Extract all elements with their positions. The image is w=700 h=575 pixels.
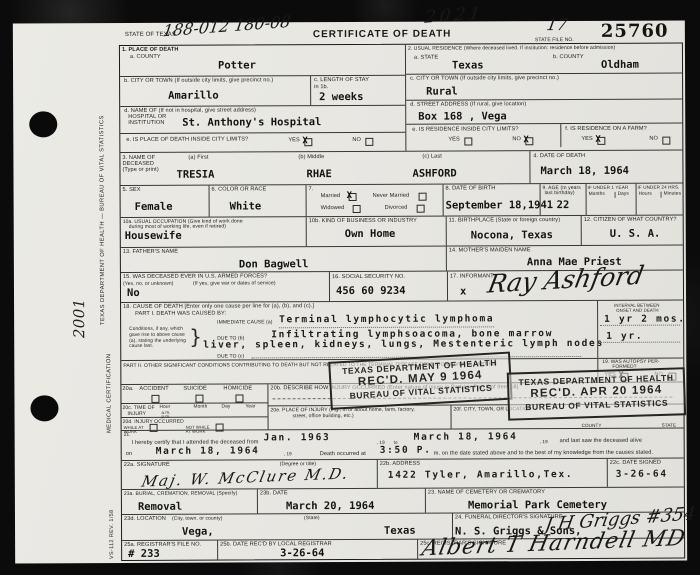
field-9-label2: last birthday) [545, 190, 575, 196]
punch-hole [29, 111, 57, 137]
field-22b-value: 1422 Tyler, Amarillo,Tex. [388, 470, 574, 480]
field-21-number: 21. [124, 432, 131, 438]
field-2d-value: Box 168 , Vega [418, 111, 507, 122]
field-12-value: U. S. A. [610, 229, 661, 240]
field-2c-label: c. CITY OR TOWN (If outside city limits,… [410, 75, 559, 82]
field-2a-label: a. STATE [414, 55, 438, 62]
certify-on-word: on [126, 451, 132, 458]
field-9-under-24-label: IF UNDER 24 HRS. [638, 185, 680, 191]
field-9-hours-label: Hours [639, 192, 652, 198]
field-3-label3: (Type or print) [122, 167, 158, 174]
field-22a-label: 22a. SIGNATURE [124, 462, 170, 469]
checkbox-suicide [195, 395, 203, 403]
handwritten-number: 17 [545, 15, 569, 34]
checkbox-widowed [353, 205, 361, 213]
field-2f-yes: YES [581, 136, 593, 143]
field-10a-value: Housewife [125, 231, 182, 242]
field-8-label: 8. DATE OF BIRTH [446, 185, 496, 192]
field-2e-label: e. IS RESIDENCE INSIDE CITY LIMITS? [412, 126, 518, 133]
field-20c-day: Day [221, 405, 230, 411]
field-7-label: 7. [309, 186, 314, 193]
interval-rule [600, 325, 680, 326]
field-23a-label: 23a. BURIAL, CREMATION, REMOVAL (Specify… [124, 490, 238, 496]
field-20a-homicide: HOMICIDE [223, 385, 252, 392]
field-18-immediate-label: IMMEDIATE CAUSE (a) [217, 319, 272, 325]
field-23d-sub1: (City, town, or county) [172, 516, 223, 522]
checkbox-homicide [235, 394, 243, 402]
field-1b-value: Amarillo [168, 91, 219, 102]
field-14-label: 14. MOTHER'S MAIDEN NAME [449, 247, 531, 254]
checkbox-residence-farm-no [662, 137, 670, 145]
field-15-value: No [127, 288, 140, 299]
field-23d-sub2: (State) [304, 515, 320, 521]
field-23c-label: 23. NAME OF CEMETERY OR CREMATORY [428, 489, 545, 496]
field-9-months-label: Months [589, 192, 605, 198]
field-2b-value: Oldham [601, 60, 639, 71]
field-23b-value: March 20, 1964 [286, 501, 375, 512]
field-22b-label: 22b. ADDRESS [380, 461, 420, 468]
field-8-value: September 18,1941 [446, 200, 554, 211]
field-3a-value: TRESIA [176, 170, 214, 181]
field-2a-value: Texas [452, 60, 484, 71]
field-3b-label: (b) Middle [298, 154, 324, 161]
field-2c-value: Rural [426, 87, 458, 98]
certify-death-at: Death occurred at [320, 451, 366, 458]
certificate-paper: TEXAS DEPARTMENT OF HEALTH — BUREAU OF V… [13, 21, 687, 564]
certificate-title: CERTIFICATE OF DEATH [313, 29, 452, 42]
field-20c-month: Month [193, 405, 207, 411]
margin-handwritten-code: 2001 [70, 266, 88, 338]
field-7-never-married: Never Married [373, 193, 410, 200]
field-2f-label: f. IS RESIDENCE ON A FARM? [565, 126, 647, 133]
margin-form-code: VS-112 REV. 1/58 [109, 479, 115, 559]
interval-label2: ONSET AND DEATH [616, 308, 659, 313]
certificate-number: 25760 [601, 21, 669, 42]
field-2e-no: NO [512, 136, 521, 143]
field-2e-yes: YES [448, 137, 460, 144]
field-23d-city: Vega, [182, 527, 214, 538]
checkbox-never-married [419, 193, 427, 201]
checkbox-accident [151, 395, 159, 403]
conditions-brace: } [189, 325, 202, 349]
field-11-value: Nocona, Texas [471, 230, 553, 241]
field-1a-label: a. COUNTY [130, 54, 161, 61]
field-23a-value: Removal [138, 502, 182, 513]
field-18-label: 18. CAUSE OF DEATH [Enter only one cause… [123, 303, 314, 311]
certify-tail1: and last saw the deceased alive [560, 438, 642, 445]
field-22c-label: 22c. DATE SIGNED [610, 460, 661, 467]
certify-from-date: Jan. 1963 [264, 433, 331, 443]
field-20a-accident: ACCIDENT [139, 386, 168, 393]
field-1e-yes: YES [288, 137, 300, 144]
margin-medical-certification-text: MEDICAL CERTIFICATION [106, 331, 112, 433]
certify-to-date: March 18, 1964 [414, 432, 518, 442]
field-7-widowed: Widowed [321, 205, 345, 212]
field-23d-label: 23d. LOCATION [124, 516, 166, 523]
field-18-conditions-label: Conditions, if any, which gave rise to a… [129, 327, 187, 350]
field-7-divorced: Divorced [385, 205, 408, 212]
field-4-label: 4. DATE OF DEATH [533, 153, 585, 160]
field-2d-label: d. STREET ADDRESS (If rural, give locati… [410, 101, 526, 108]
field-9-days-label: Days [615, 192, 629, 198]
checkbox-place-inside-city-yes: X [304, 138, 312, 146]
interval-value-a: 1 yr 2 mos. [604, 315, 686, 325]
checkbox-married: X [349, 193, 357, 201]
field-20c-year: Year [245, 404, 255, 410]
field-25a-value: # 233 [128, 549, 160, 560]
checkbox-residence-inside-city-no: X [525, 137, 533, 145]
field-9-under-year-label: IF UNDER 1 YEAR [588, 185, 629, 191]
field-1d-value: St. Anthony's Hospital [182, 117, 321, 128]
field-23b-label: 23b. DATE [260, 490, 288, 497]
field-1e-no: NO [352, 137, 361, 144]
checkbox-residence-farm-yes: X [597, 137, 605, 145]
field-1b-label: b. CITY OR TOWN (If outside city limits,… [124, 77, 273, 84]
interval-value-b: 1 yr. [606, 332, 643, 342]
field-18-due-b-value2: liver, spleen, kidneys, lungs, Mestenter… [203, 339, 604, 350]
field-20a-suicide: SUICIDE [183, 386, 206, 393]
field-22c-value: 3-26-64 [616, 470, 668, 480]
received-stamp-apr: TEXAS DEPARTMENT OF HEALTH REC'D. APR 20… [507, 367, 686, 420]
field-17-label: 17. INFORMANT [450, 273, 494, 280]
certify-19-b: , 19 [540, 439, 548, 445]
field-18-part1: PART I. DEATH WAS CAUSED BY: [135, 311, 226, 318]
field-20a-label: 20a. [122, 386, 133, 393]
field-16-value: 456 60 9234 [336, 286, 406, 297]
margin-department-text: TEXAS DEPARTMENT OF HEALTH — BUREAU OF V… [99, 93, 106, 325]
field-1-title: 1. PLACE OF DEATH [122, 47, 179, 54]
field-20e-label2: street, office building, etc.) [293, 413, 354, 419]
field-20c-label2: INJURY [128, 411, 147, 417]
handwritten-year: 2021 [423, 3, 485, 28]
field-5-value: Female [135, 202, 173, 213]
field-7-married: Married [321, 193, 341, 200]
field-4-value: March 18, 1964 [540, 166, 629, 177]
interval-rule [600, 342, 680, 343]
field-1c-label: c. LENGTH OF STAY [314, 77, 369, 84]
field-16-label: 16. SOCIAL SECURITY NO. [332, 274, 405, 281]
field-5-label: 5. SEX [123, 187, 141, 194]
handwritten-codes: 188-012 180-08 [162, 12, 292, 41]
field-12-label: 12. CITIZEN OF WHAT COUNTRY? [584, 217, 677, 224]
field-1e-label: e. IS PLACE OF DEATH INSIDE CITY LIMITS? [126, 136, 248, 143]
certify-tail2: m. on the date stated above and to the b… [434, 450, 653, 458]
field-10b-value: Own Home [345, 229, 396, 240]
physician-signature: Maj. W. McClure M.D. [140, 464, 351, 490]
field-13-value: Don Bagwell [239, 259, 309, 270]
field-3c-label: (c) Last [422, 154, 441, 161]
field-6-label: 6. COLOR OR RACE [212, 186, 267, 193]
certify-on-date: March 18, 1964 [156, 446, 260, 456]
field-6-value: White [230, 201, 262, 212]
scanned-death-certificate: TEXAS DEPARTMENT OF HEALTH — BUREAU OF V… [0, 0, 700, 575]
informant-x-mark: x [460, 286, 466, 297]
field-10b-label: 10b. KIND OF BUSINESS OR INDUSTRY [309, 218, 417, 225]
field-2-title: 2. USUAL RESIDENCE (Where deceased lived… [408, 45, 615, 52]
field-9-minutes-label: Minutes [661, 192, 682, 198]
field-18-immediate-value: Terminal lymphocytic lymphoma [279, 314, 494, 327]
field-1c-label2: in 1b. [314, 84, 328, 91]
checkbox-residence-inside-city-yes [464, 137, 472, 145]
checkbox-place-inside-city-no [365, 138, 373, 146]
field-2f-no: NO [649, 136, 658, 143]
field-23d-state: Texas [384, 526, 416, 537]
field-3c-value: ASHFORD [412, 169, 456, 180]
form-table: 1. PLACE OF DEATH a. COUNTY Potter b. CI… [119, 43, 685, 561]
checkbox-divorced [417, 205, 425, 213]
field-1c-value: 2 weeks [319, 92, 363, 103]
field-3a-label: (a) First [188, 155, 208, 162]
field-13-label: 13. FATHER'S NAME [123, 249, 178, 256]
field-25b-value: 3-26-64 [280, 548, 324, 559]
field-23c-value: Memorial Park Cemetery [468, 500, 607, 511]
field-2b-label: b. COUNTY [553, 54, 584, 61]
field-15-sub2: (If yes, give war or dates of service) [193, 280, 276, 286]
certify-19-c: , 19 [284, 451, 292, 457]
punch-hole [30, 395, 58, 421]
field-1d-label3: INSTITUTION [128, 120, 164, 127]
field-9-value: 22 [557, 200, 570, 211]
certify-time: 3:50 P. [380, 446, 432, 456]
field-1a-value: Potter [218, 60, 256, 71]
field-3b-value: RHAE [306, 169, 331, 180]
field-11-label: 11. BIRTHPLACE (State or foreign country… [449, 217, 560, 224]
